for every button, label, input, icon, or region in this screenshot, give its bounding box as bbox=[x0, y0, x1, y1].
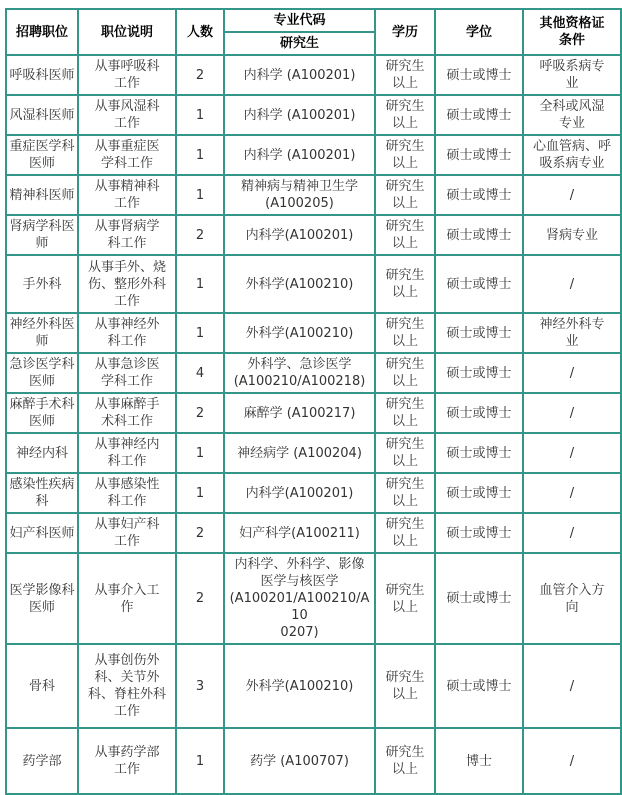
cell-other: / bbox=[523, 255, 621, 313]
table-row: 感染性疾病 科 从事感染性 科工作 1 内科学(A100201) 研究生 以上 … bbox=[6, 473, 621, 513]
cell-description: 从事药学部 工作 bbox=[78, 728, 176, 794]
cell-position: 呼吸科医师 bbox=[6, 55, 78, 95]
table-row: 妇产科医师 从事妇产科 工作 2 妇产科学(A100211) 研究生 以上 硕士… bbox=[6, 513, 621, 553]
cell-count: 2 bbox=[176, 215, 224, 255]
col-header-major-sub: 研究生 bbox=[224, 32, 375, 55]
cell-position: 精神科医师 bbox=[6, 175, 78, 215]
cell-count: 1 bbox=[176, 255, 224, 313]
cell-degree: 硕士或博士 bbox=[435, 353, 523, 393]
cell-other: / bbox=[523, 473, 621, 513]
cell-count: 2 bbox=[176, 553, 224, 644]
cell-position: 神经内科 bbox=[6, 433, 78, 473]
cell-other: 心血管病、呼 吸系病专业 bbox=[523, 135, 621, 175]
table-row: 精神科医师 从事精神科 工作 1 精神病与精神卫生学 (A100205) 研究生… bbox=[6, 175, 621, 215]
cell-major: 精神病与精神卫生学 (A100205) bbox=[224, 175, 375, 215]
cell-education: 研究生 以上 bbox=[375, 313, 435, 353]
cell-count: 1 bbox=[176, 95, 224, 135]
cell-education: 研究生 以上 bbox=[375, 553, 435, 644]
cell-education: 研究生 以上 bbox=[375, 95, 435, 135]
cell-count: 1 bbox=[176, 135, 224, 175]
cell-description: 从事手外、烧 伤、整形外科 工作 bbox=[78, 255, 176, 313]
cell-position: 麻醉手术科 医师 bbox=[6, 393, 78, 433]
cell-description: 从事风湿科 工作 bbox=[78, 95, 176, 135]
cell-position: 感染性疾病 科 bbox=[6, 473, 78, 513]
cell-education: 研究生 以上 bbox=[375, 55, 435, 95]
cell-major: 外科学(A100210) bbox=[224, 313, 375, 353]
cell-major: 内科学、外科学、影像 医学与核医学 (A100201/A100210/A10 0… bbox=[224, 553, 375, 644]
cell-degree: 硕士或博士 bbox=[435, 95, 523, 135]
cell-major: 内科学 (A100201) bbox=[224, 135, 375, 175]
cell-description: 从事妇产科 工作 bbox=[78, 513, 176, 553]
cell-description: 从事重症医 学科工作 bbox=[78, 135, 176, 175]
cell-description: 从事麻醉手 术科工作 bbox=[78, 393, 176, 433]
cell-other: / bbox=[523, 728, 621, 794]
cell-degree: 硕士或博士 bbox=[435, 55, 523, 95]
cell-position: 骨科 bbox=[6, 644, 78, 728]
cell-education: 研究生 以上 bbox=[375, 473, 435, 513]
col-header-position: 招聘职位 bbox=[6, 9, 78, 55]
cell-major: 内科学(A100201) bbox=[224, 215, 375, 255]
cell-other: 肾病专业 bbox=[523, 215, 621, 255]
table-row: 神经内科 从事神经内 科工作 1 神经病学 (A100204) 研究生 以上 硕… bbox=[6, 433, 621, 473]
cell-description: 从事创伤外 科、关节外 科、脊柱外科 工作 bbox=[78, 644, 176, 728]
cell-education: 研究生 以上 bbox=[375, 513, 435, 553]
cell-position: 医学影像科 医师 bbox=[6, 553, 78, 644]
cell-degree: 硕士或博士 bbox=[435, 255, 523, 313]
cell-description: 从事感染性 科工作 bbox=[78, 473, 176, 513]
cell-degree: 硕士或博士 bbox=[435, 215, 523, 255]
cell-major: 妇产科学(A100211) bbox=[224, 513, 375, 553]
table-row: 呼吸科医师 从事呼吸科 工作 2 内科学 (A100201) 研究生 以上 硕士… bbox=[6, 55, 621, 95]
page: 招聘职位 职位说明 人数 专业代码 学历 学位 其他资格证 条件 研究生 呼吸科… bbox=[0, 0, 622, 785]
col-header-description: 职位说明 bbox=[78, 9, 176, 55]
cell-count: 1 bbox=[176, 728, 224, 794]
cell-position: 药学部 bbox=[6, 728, 78, 794]
cell-description: 从事急诊医 学科工作 bbox=[78, 353, 176, 393]
cell-major: 外科学、急诊医学 (A100210/A100218) bbox=[224, 353, 375, 393]
cell-description: 从事神经内 科工作 bbox=[78, 433, 176, 473]
cell-major: 药学 (A100707) bbox=[224, 728, 375, 794]
cell-degree: 硕士或博士 bbox=[435, 644, 523, 728]
cell-position: 妇产科医师 bbox=[6, 513, 78, 553]
cell-description: 从事介入工 作 bbox=[78, 553, 176, 644]
cell-count: 1 bbox=[176, 473, 224, 513]
cell-position: 急诊医学科 医师 bbox=[6, 353, 78, 393]
col-header-major-code: 专业代码 bbox=[224, 9, 375, 32]
col-header-degree: 学位 bbox=[435, 9, 523, 55]
cell-degree: 硕士或博士 bbox=[435, 433, 523, 473]
recruitment-table: 招聘职位 职位说明 人数 专业代码 学历 学位 其他资格证 条件 研究生 呼吸科… bbox=[5, 8, 622, 795]
cell-degree: 硕士或博士 bbox=[435, 473, 523, 513]
cell-position: 风湿科医师 bbox=[6, 95, 78, 135]
cell-education: 研究生 以上 bbox=[375, 135, 435, 175]
cell-education: 研究生 以上 bbox=[375, 644, 435, 728]
cell-other: / bbox=[523, 353, 621, 393]
cell-education: 研究生 以上 bbox=[375, 353, 435, 393]
table-row: 风湿科医师 从事风湿科 工作 1 内科学 (A100201) 研究生 以上 硕士… bbox=[6, 95, 621, 135]
cell-count: 4 bbox=[176, 353, 224, 393]
cell-count: 3 bbox=[176, 644, 224, 728]
cell-major: 外科学(A100210) bbox=[224, 255, 375, 313]
col-header-education: 学历 bbox=[375, 9, 435, 55]
cell-degree: 硕士或博士 bbox=[435, 513, 523, 553]
cell-other: / bbox=[523, 393, 621, 433]
cell-education: 研究生 以上 bbox=[375, 433, 435, 473]
cell-count: 1 bbox=[176, 175, 224, 215]
table-row: 手外科 从事手外、烧 伤、整形外科 工作 1 外科学(A100210) 研究生 … bbox=[6, 255, 621, 313]
cell-education: 研究生 以上 bbox=[375, 215, 435, 255]
cell-other: 呼吸系病专 业 bbox=[523, 55, 621, 95]
cell-other: / bbox=[523, 433, 621, 473]
table-row: 骨科 从事创伤外 科、关节外 科、脊柱外科 工作 3 外科学(A100210) … bbox=[6, 644, 621, 728]
cell-position: 神经外科医 师 bbox=[6, 313, 78, 353]
table-row: 肾病学科医 师 从事肾病学 科工作 2 内科学(A100201) 研究生 以上 … bbox=[6, 215, 621, 255]
cell-count: 1 bbox=[176, 433, 224, 473]
cell-other: 神经外科专 业 bbox=[523, 313, 621, 353]
cell-other: 全科或风湿 专业 bbox=[523, 95, 621, 135]
cell-education: 研究生 以上 bbox=[375, 393, 435, 433]
cell-degree: 硕士或博士 bbox=[435, 175, 523, 215]
table-row: 药学部 从事药学部 工作 1 药学 (A100707) 研究生 以上 博士 / bbox=[6, 728, 621, 794]
cell-degree: 博士 bbox=[435, 728, 523, 794]
table-row: 急诊医学科 医师 从事急诊医 学科工作 4 外科学、急诊医学 (A100210/… bbox=[6, 353, 621, 393]
cell-major: 神经病学 (A100204) bbox=[224, 433, 375, 473]
cell-major: 外科学(A100210) bbox=[224, 644, 375, 728]
cell-education: 研究生 以上 bbox=[375, 255, 435, 313]
table-row: 医学影像科 医师 从事介入工 作 2 内科学、外科学、影像 医学与核医学 (A1… bbox=[6, 553, 621, 644]
cell-major: 麻醉学 (A100217) bbox=[224, 393, 375, 433]
cell-major: 内科学(A100201) bbox=[224, 473, 375, 513]
table-row: 重症医学科 医师 从事重症医 学科工作 1 内科学 (A100201) 研究生 … bbox=[6, 135, 621, 175]
cell-degree: 硕士或博士 bbox=[435, 313, 523, 353]
cell-count: 2 bbox=[176, 513, 224, 553]
cell-degree: 硕士或博士 bbox=[435, 393, 523, 433]
cell-description: 从事神经外 科工作 bbox=[78, 313, 176, 353]
cell-education: 研究生 以上 bbox=[375, 728, 435, 794]
cell-major: 内科学 (A100201) bbox=[224, 95, 375, 135]
cell-description: 从事精神科 工作 bbox=[78, 175, 176, 215]
cell-major: 内科学 (A100201) bbox=[224, 55, 375, 95]
cell-description: 从事呼吸科 工作 bbox=[78, 55, 176, 95]
col-header-other: 其他资格证 条件 bbox=[523, 9, 621, 55]
cell-other: / bbox=[523, 644, 621, 728]
cell-count: 1 bbox=[176, 313, 224, 353]
cell-degree: 硕士或博士 bbox=[435, 135, 523, 175]
table-row: 神经外科医 师 从事神经外 科工作 1 外科学(A100210) 研究生 以上 … bbox=[6, 313, 621, 353]
cell-other: / bbox=[523, 175, 621, 215]
cell-education: 研究生 以上 bbox=[375, 175, 435, 215]
cell-other: / bbox=[523, 513, 621, 553]
cell-position: 重症医学科 医师 bbox=[6, 135, 78, 175]
cell-position: 手外科 bbox=[6, 255, 78, 313]
header-row-top: 招聘职位 职位说明 人数 专业代码 学历 学位 其他资格证 条件 bbox=[6, 9, 621, 32]
cell-position: 肾病学科医 师 bbox=[6, 215, 78, 255]
cell-description: 从事肾病学 科工作 bbox=[78, 215, 176, 255]
col-header-count: 人数 bbox=[176, 9, 224, 55]
cell-other: 血管介入方 向 bbox=[523, 553, 621, 644]
cell-count: 2 bbox=[176, 55, 224, 95]
table-row: 麻醉手术科 医师 从事麻醉手 术科工作 2 麻醉学 (A100217) 研究生 … bbox=[6, 393, 621, 433]
cell-degree: 硕士或博士 bbox=[435, 553, 523, 644]
cell-count: 2 bbox=[176, 393, 224, 433]
